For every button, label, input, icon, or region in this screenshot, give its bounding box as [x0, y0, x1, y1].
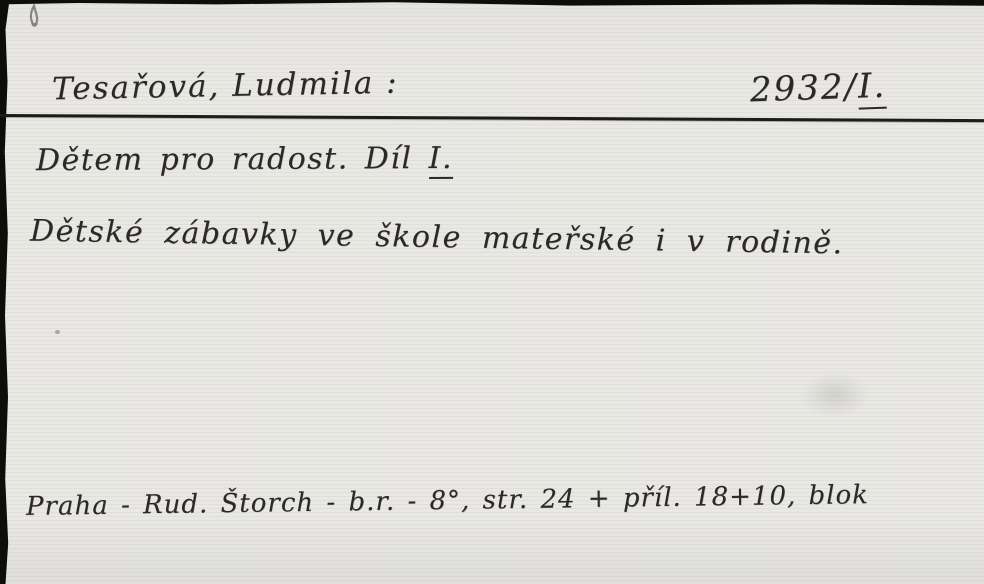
title-line: Dětem pro radost. Díl I.	[36, 141, 453, 178]
paper-fleck	[55, 330, 60, 334]
call-number-main: 2932/	[749, 67, 858, 111]
call-number: 2932/I.	[749, 66, 887, 111]
corner-ink-mark-icon	[22, 3, 46, 33]
imprint-text: Praha - Rud. Štorch - b.r. - 8°, str. 24…	[26, 480, 869, 522]
subtitle-text: Dětské zábavky ve škole mateřské i v rod…	[30, 214, 844, 262]
catalog-card: Tesařová, Ludmila : 2932/I. Dětem pro ra…	[0, 0, 984, 584]
ruled-line	[0, 114, 984, 122]
scan-border-top	[0, 0, 984, 8]
title-volume: I.	[428, 141, 453, 179]
subtitle-line: Dětské zábavky ve škole mateřské i v rod…	[30, 214, 844, 262]
scan-border-left	[0, 0, 10, 584]
call-number-volume: I.	[857, 66, 887, 110]
title-text: Dětem pro radost. Díl	[36, 141, 429, 178]
author-name: Tesařová, Ludmila :	[52, 65, 399, 108]
imprint-line: Praha - Rud. Štorch - b.r. - 8°, str. 24…	[26, 480, 869, 522]
author-line: Tesařová, Ludmila :	[52, 65, 399, 108]
paper-smudge	[800, 372, 870, 418]
